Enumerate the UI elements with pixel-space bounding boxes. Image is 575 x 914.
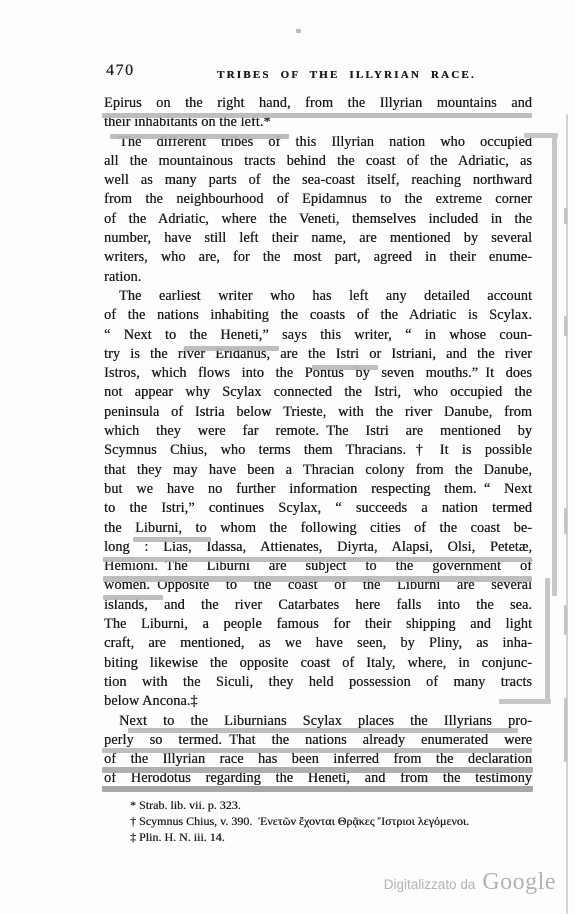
text-line: that they may have been a Thracian colon… bbox=[104, 461, 532, 480]
text-line: the Liburni, to whom the following citie… bbox=[104, 519, 532, 538]
scan-edge-dash bbox=[564, 605, 567, 635]
scan-speck bbox=[296, 29, 301, 33]
text-line: craft, are mentioned, as we have seen, b… bbox=[104, 634, 532, 653]
pencil-underline bbox=[103, 576, 532, 582]
watermark-text: Digitalizzato da bbox=[384, 877, 476, 892]
pencil-underline bbox=[102, 113, 532, 118]
pencil-underline bbox=[103, 595, 163, 600]
pencil-underline bbox=[110, 134, 289, 139]
text-line: which they were far remote. The Istri ar… bbox=[104, 422, 532, 441]
text-line: not appear why Scylax connected the Istr… bbox=[104, 383, 532, 402]
text-line: biting likewise the opposite coast of It… bbox=[104, 654, 532, 673]
body-text: Epirus on the right hand, from the Illyr… bbox=[104, 94, 532, 789]
text-line: below Ancona.‡ bbox=[104, 692, 532, 711]
running-title: TRIBES OF THE ILLYRIAN RACE. bbox=[217, 69, 476, 81]
pencil-margin-bracket bbox=[545, 578, 550, 704]
text-line: “ Next to the Heneti,” says this writer,… bbox=[104, 326, 532, 345]
pencil-underline bbox=[184, 346, 279, 351]
text-line: but we have no further information respe… bbox=[104, 480, 532, 499]
text-line: of the Adriatic, where the Veneti, thems… bbox=[104, 210, 532, 229]
page-number: 470 bbox=[106, 62, 135, 80]
scan-edge-dash bbox=[564, 508, 567, 534]
text-line: to the Istri,” continues Scylax, “ succe… bbox=[104, 499, 532, 518]
footnote: ‡ Plin. H. N. iii. 14. bbox=[130, 829, 469, 845]
pencil-underline bbox=[102, 786, 533, 792]
text-line: islands, and the river Catarbates here f… bbox=[104, 596, 532, 615]
text-line: well as many parts of the sea-coast itse… bbox=[104, 171, 532, 190]
pencil-underline bbox=[312, 365, 378, 370]
text-line: all the mountainous tracts behind the co… bbox=[104, 152, 532, 171]
text-line: of the nations inhabiting the coasts of … bbox=[104, 306, 532, 325]
text-line: number, have still left their name, are … bbox=[104, 229, 532, 248]
text-line: Epirus on the right hand, from the Illyr… bbox=[104, 94, 532, 113]
pencil-margin-bracket bbox=[499, 699, 551, 704]
pencil-margin-bracket bbox=[552, 133, 557, 596]
book-page: 470 TRIBES OF THE ILLYRIAN RACE. Epirus … bbox=[0, 0, 575, 914]
text-line: try is the river Eridanus, are the Istri… bbox=[104, 345, 532, 364]
google-watermark: Digitalizzato da Google bbox=[384, 869, 556, 896]
scan-edge-dash bbox=[564, 698, 567, 762]
text-line: peninsula of Istria below Trieste, with … bbox=[104, 403, 532, 422]
pencil-underline bbox=[103, 557, 532, 562]
text-line: tion with the Siculi, they held possessi… bbox=[104, 673, 532, 692]
pencil-underline bbox=[128, 728, 518, 733]
google-logo: Google bbox=[482, 869, 556, 896]
footnote: † Scymnus Chius, v. 390. Ἐνετῶν ἔχονται … bbox=[130, 813, 469, 829]
text-line: from the neighbourhood of Epidamnus to t… bbox=[104, 190, 532, 209]
text-line: Scymnus Chius, who terms them Thracians.… bbox=[104, 441, 532, 460]
scan-edge-dash bbox=[564, 316, 567, 336]
text-line: The Liburni, a people famous for their s… bbox=[104, 615, 532, 634]
text-line: ration. bbox=[104, 268, 532, 287]
text-line: writers, who are, for the most part, agr… bbox=[104, 248, 532, 267]
pencil-underline bbox=[133, 537, 211, 542]
text-line: The earliest writer who has left any det… bbox=[104, 287, 532, 306]
pencil-underline bbox=[102, 767, 533, 773]
pencil-underline bbox=[102, 748, 532, 753]
scan-edge-dash bbox=[564, 208, 567, 224]
footnote: * Strab. lib. vii. p. 323. bbox=[130, 797, 469, 813]
footnotes: * Strab. lib. vii. p. 323.† Scymnus Chiu… bbox=[130, 797, 469, 846]
